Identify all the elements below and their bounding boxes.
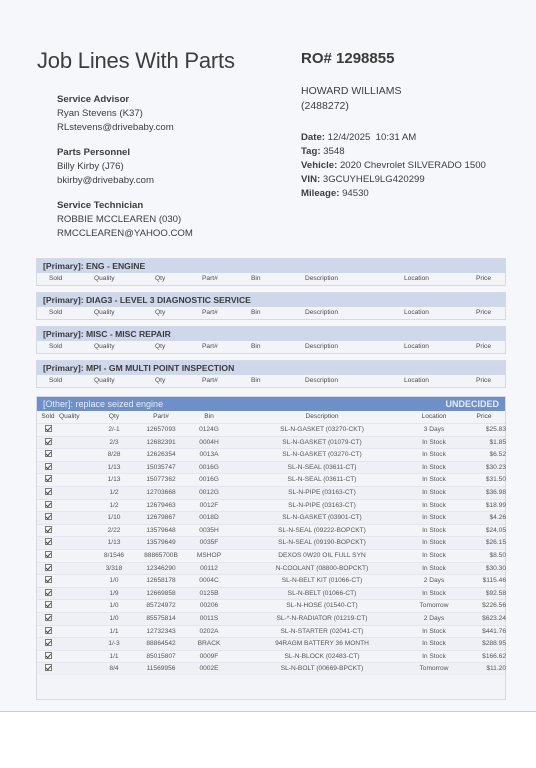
sold-checkbox[interactable] xyxy=(45,450,52,457)
sold-checkbox[interactable] xyxy=(45,652,52,659)
job-line-header: [Primary]: MPI - GM MULTI POINT INSPECTI… xyxy=(37,361,505,375)
parts-table-header: SoldQualityQtyPart#BinDescriptionLocatio… xyxy=(37,273,505,285)
col-part: Part# xyxy=(202,375,218,387)
col-description: Description xyxy=(232,411,412,423)
col-part: Part# xyxy=(202,273,218,285)
col-description: Description xyxy=(305,273,338,285)
customer-info: HOWARD WILLIAMS (2488272) Date: 12/4/202… xyxy=(301,84,531,201)
table-row: 2/3126823910004HSL-N-GASKET (01079-CT)In… xyxy=(37,436,505,449)
service-advisor-label: Service Advisor xyxy=(57,93,277,107)
sold-checkbox[interactable] xyxy=(45,551,52,558)
service-technician-email: RMCCLEAREN@YAHOO.COM xyxy=(57,227,277,241)
job-line-primary: [Primary]: DIAG3 - LEVEL 3 DIAGNOSTIC SE… xyxy=(36,292,506,320)
col-qty: Qty xyxy=(155,341,165,353)
table-row: 1/9126698580125BSL-N-BELT (01066-CT)In S… xyxy=(37,587,505,600)
col-qty: Qty xyxy=(155,375,165,387)
vehicle-value: 2020 Chevrolet SILVERADO 1500 xyxy=(340,160,486,171)
table-row: 1/13150357470016GSL-N-SEAL (03611-CT)In … xyxy=(37,461,505,474)
col-location: Location xyxy=(405,411,463,423)
job-status-badge: UNDECIDED xyxy=(445,397,499,411)
parts-table-header: Sold Quality Qty Part# Bin Description L… xyxy=(37,411,505,423)
col-bin: Bin xyxy=(188,411,230,423)
table-row: 1/-388864542BRACK94RAGM BATTERY 36 MONTH… xyxy=(37,637,505,650)
vin-label: VIN: xyxy=(301,174,320,185)
bin-cell: 0002E xyxy=(188,663,230,676)
sold-cell xyxy=(37,663,59,676)
date-line: Date: 12/4/2025 10:31 AM xyxy=(301,131,531,145)
job-line-primary: [Primary]: MPI - GM MULTI POINT INSPECTI… xyxy=(36,360,506,388)
table-row: 1/0855758140011SSL-*-N-RADIATOR (01219-C… xyxy=(37,612,505,625)
table-row: 1/0126581780004CSL-N-BELT KIT (01066-CT)… xyxy=(37,574,505,587)
col-part: Part# xyxy=(131,411,191,423)
parts-table-body: 2/-1126570930124GSL-N-GASKET (03270-CKT)… xyxy=(37,423,505,675)
table-row: 1/1850158070009FSL-N-BLOCK (02483-CT)In … xyxy=(37,650,505,663)
date-label: Date: xyxy=(301,132,325,143)
col-qty: Qty xyxy=(97,411,131,423)
service-technician-label: Service Technician xyxy=(57,199,277,213)
col-sold: Sold xyxy=(49,375,62,387)
page-title: Job Lines With Parts xyxy=(37,48,235,74)
tag-line: Tag: 3548 xyxy=(301,145,531,159)
service-advisor-name: Ryan Stevens (K37) xyxy=(57,107,277,121)
customer-block: HOWARD WILLIAMS (2488272) xyxy=(301,84,531,114)
job-line-primary: [Primary]: MISC - MISC REPAIRSoldQuality… xyxy=(36,326,506,354)
sold-checkbox[interactable] xyxy=(45,488,52,495)
price-cell: $11.20 xyxy=(462,663,506,676)
col-part: Part# xyxy=(202,341,218,353)
vin-value: 3GCUYHEL9LG420299 xyxy=(323,174,425,185)
col-quality: Quality xyxy=(94,341,115,353)
col-location: Location xyxy=(404,341,429,353)
table-row: 1/13135796490035FSL-N-SEAL (09190-BOPCKT… xyxy=(37,536,505,549)
tag-label: Tag: xyxy=(301,146,321,157)
parts-personnel-email: bkirby@drivebaby.com xyxy=(57,174,277,188)
sold-checkbox[interactable] xyxy=(45,639,52,646)
table-row: 2/-1126570930124GSL-N-GASKET (03270-CKT)… xyxy=(37,423,505,436)
col-price: Price xyxy=(462,411,506,423)
vehicle-label: Vehicle: xyxy=(301,160,337,171)
job-line-header: [Primary]: DIAG3 - LEVEL 3 DIAGNOSTIC SE… xyxy=(37,293,505,307)
col-location: Location xyxy=(404,375,429,387)
sold-checkbox[interactable] xyxy=(45,538,52,545)
col-sold: Sold xyxy=(37,411,59,423)
part-number-cell: 11569956 xyxy=(131,663,191,676)
sold-checkbox[interactable] xyxy=(45,438,52,445)
customer-id: (2488272) xyxy=(301,99,531,114)
parts-table-header: SoldQualityQtyPart#BinDescriptionLocatio… xyxy=(37,341,505,353)
col-bin: Bin xyxy=(251,273,261,285)
sold-checkbox[interactable] xyxy=(45,526,52,533)
col-description: Description xyxy=(305,341,338,353)
service-technician: Service Technician ROBBIE MCCLEAREN (030… xyxy=(57,199,277,241)
parts-personnel: Parts Personnel Billy Kirby (J76) bkirby… xyxy=(57,146,277,188)
col-quality: Quality xyxy=(59,411,99,423)
col-part: Part# xyxy=(202,307,218,319)
col-sold: Sold xyxy=(49,341,62,353)
parts-table-header: SoldQualityQtyPart#BinDescriptionLocatio… xyxy=(37,307,505,319)
col-qty: Qty xyxy=(155,307,165,319)
sold-checkbox[interactable] xyxy=(45,614,52,621)
mileage-label: Mileage: xyxy=(301,188,339,199)
job-line-header: [Primary]: ENG - ENGINE xyxy=(37,259,505,273)
col-price: Price xyxy=(476,307,491,319)
mileage-line: Mileage: 94530 xyxy=(301,187,531,201)
col-price: Price xyxy=(476,375,491,387)
col-bin: Bin xyxy=(251,341,261,353)
col-quality: Quality xyxy=(94,307,115,319)
sold-checkbox[interactable] xyxy=(45,501,52,508)
parts-personnel-label: Parts Personnel xyxy=(57,146,277,160)
sold-checkbox[interactable] xyxy=(45,463,52,470)
tag-value: 3548 xyxy=(323,146,344,157)
col-quality: Quality xyxy=(94,273,115,285)
table-row: 8/154688865700BMSHOPDEXOS 0W20 OIL FULL … xyxy=(37,549,505,562)
table-row: 8/28126263540013ASL-N-GASKET (03270-CT)I… xyxy=(37,448,505,461)
table-row: 1/10126798670018DSL-N-GASKET (03901-CT)I… xyxy=(37,511,505,524)
sold-checkbox[interactable] xyxy=(45,425,52,432)
sold-checkbox[interactable] xyxy=(45,601,52,608)
ro-number: RO# 1298855 xyxy=(301,50,394,67)
service-technician-name: ROBBIE MCCLEAREN (030) xyxy=(57,213,277,227)
col-bin: Bin xyxy=(251,307,261,319)
table-row: 2/22135796480035HSL-N-SEAL (09222-BOPCKT… xyxy=(37,524,505,537)
table-row: 1/08572497200206SL-N-HOSE (01540-CT)Tomo… xyxy=(37,599,505,612)
col-price: Price xyxy=(476,341,491,353)
date-value: 12/4/2025 10:31 AM xyxy=(328,132,417,143)
sold-checkbox[interactable] xyxy=(45,513,52,520)
mileage-value: 94530 xyxy=(342,188,369,199)
job-line-other: [Other]: replace seized engine UNDECIDED… xyxy=(36,396,506,700)
col-price: Price xyxy=(476,273,491,285)
sold-checkbox[interactable] xyxy=(45,627,52,634)
table-row: 8/4115699560002ESL-N-BOLT (00669-BPCKT)T… xyxy=(37,662,505,675)
service-advisor-email: RLstevens@drivebaby.com xyxy=(57,121,277,135)
table-row: 3/3181234629000112N-COOLANT (08800-BOPCK… xyxy=(37,562,505,575)
sold-checkbox[interactable] xyxy=(45,589,52,596)
table-row: 1/1127323430202ASL-N-STARTER (02041-CT)I… xyxy=(37,625,505,638)
col-description: Description xyxy=(305,307,338,319)
page-margin xyxy=(0,712,536,768)
job-line-primary: [Primary]: ENG - ENGINESoldQualityQtyPar… xyxy=(36,258,506,286)
vehicle-line: Vehicle: 2020 Chevrolet SILVERADO 1500 xyxy=(301,159,531,173)
location-cell: Tomorrow xyxy=(405,663,463,676)
sold-checkbox[interactable] xyxy=(45,475,52,482)
parts-personnel-name: Billy Kirby (J76) xyxy=(57,160,277,174)
table-row: 1/2127036680012GSL-N-PIPE (03163-CT)In S… xyxy=(37,486,505,499)
description-cell: SL-N-BOLT (00669-BPCKT) xyxy=(232,663,412,676)
staff-info: Service Advisor Ryan Stevens (K37) RLste… xyxy=(57,93,277,252)
col-description: Description xyxy=(305,375,338,387)
table-row: 1/13150773620016GSL-N-SEAL (03611-CT)In … xyxy=(37,473,505,486)
sold-checkbox[interactable] xyxy=(45,576,52,583)
parts-table-header: SoldQualityQtyPart#BinDescriptionLocatio… xyxy=(37,375,505,387)
customer-name: HOWARD WILLIAMS xyxy=(301,84,531,99)
table-row: 1/2126794630012FSL-N-PIPE (03163-CT)In S… xyxy=(37,499,505,512)
col-quality: Quality xyxy=(94,375,115,387)
document-page: Job Lines With Parts RO# 1298855 Service… xyxy=(0,0,536,712)
job-line-header: [Other]: replace seized engine UNDECIDED xyxy=(37,397,505,411)
job-line-title: [Other]: replace seized engine xyxy=(43,399,163,409)
sold-checkbox[interactable] xyxy=(45,564,52,571)
col-bin: Bin xyxy=(251,375,261,387)
col-qty: Qty xyxy=(155,273,165,285)
vin-line: VIN: 3GCUYHEL9LG420299 xyxy=(301,173,531,187)
service-advisor: Service Advisor Ryan Stevens (K37) RLste… xyxy=(57,93,277,135)
qty-cell: 8/4 xyxy=(97,663,131,676)
job-line-header: [Primary]: MISC - MISC REPAIR xyxy=(37,327,505,341)
col-sold: Sold xyxy=(49,307,62,319)
col-location: Location xyxy=(404,273,429,285)
col-sold: Sold xyxy=(49,273,62,285)
sold-checkbox[interactable] xyxy=(45,664,52,671)
col-location: Location xyxy=(404,307,429,319)
